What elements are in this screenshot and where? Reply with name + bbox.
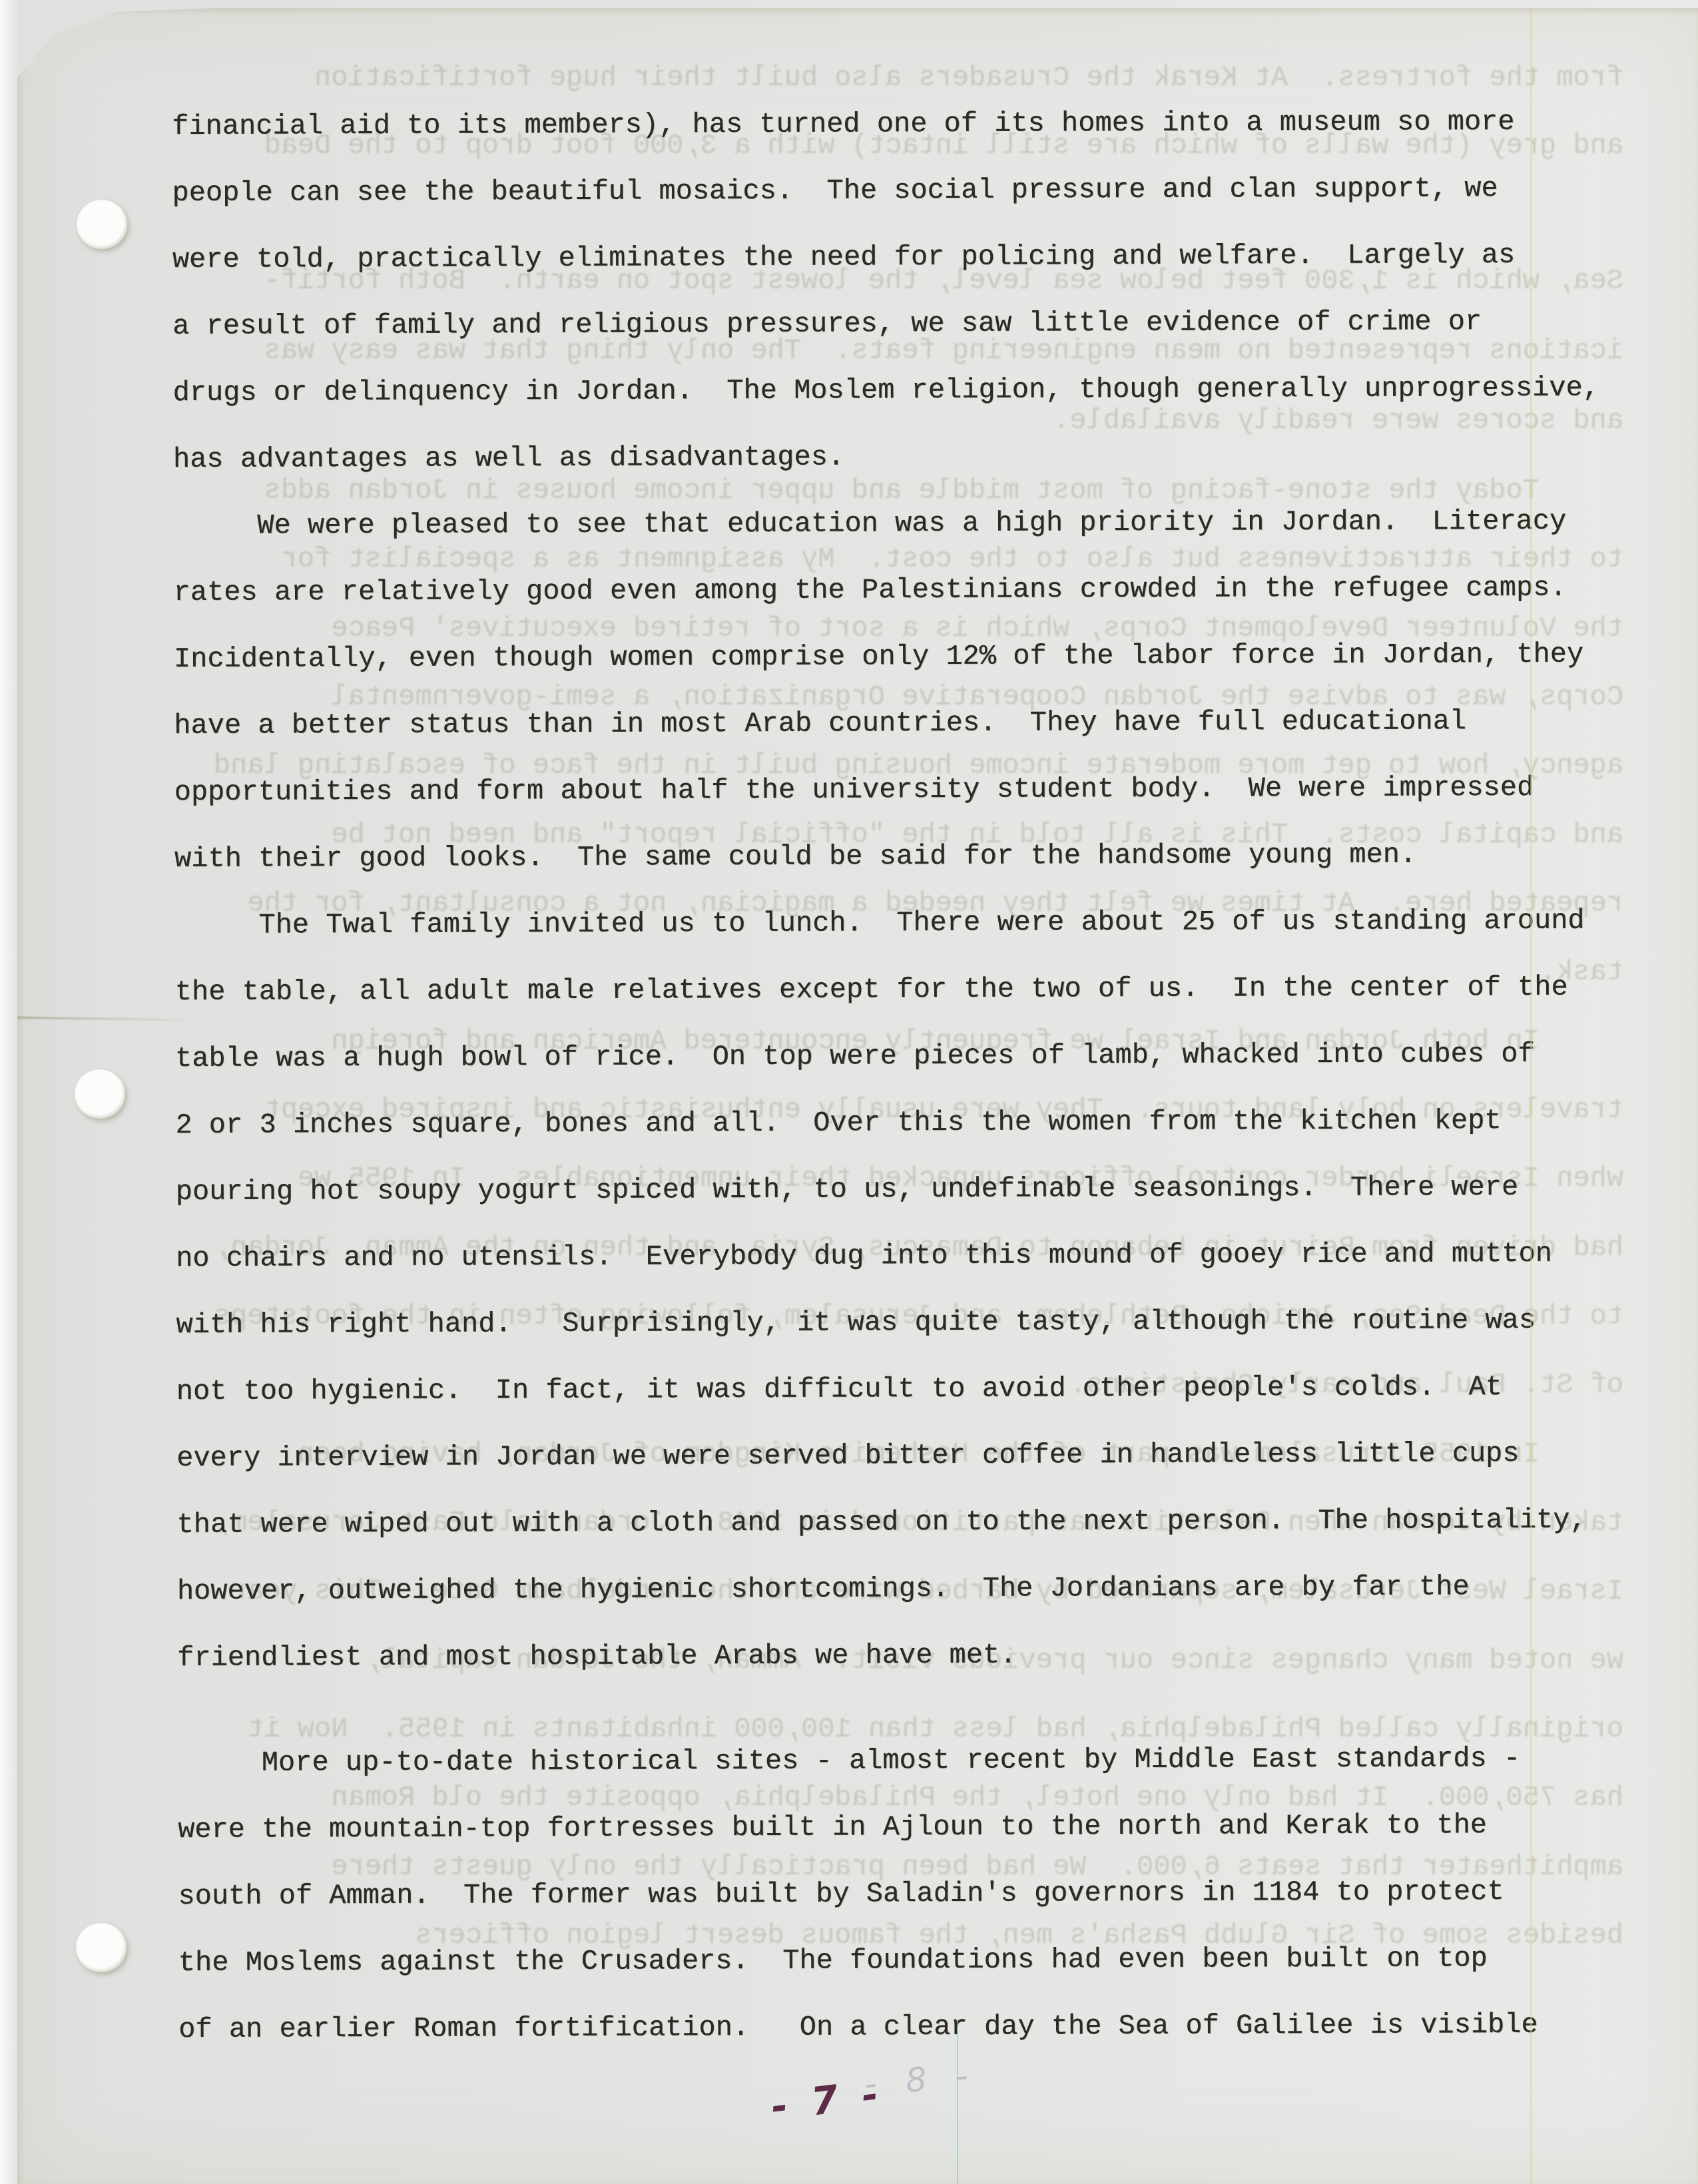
- typed-line: rates are relatively good even among the…: [173, 554, 1631, 626]
- typed-line: drugs or delinquency in Jordan. The Mosl…: [172, 354, 1631, 426]
- paper-sheet: from the fortress. At Kerak the Crusader…: [17, 8, 1698, 2184]
- typed-line: We were pleased to see that education wa…: [173, 487, 1631, 559]
- typed-line: friendliest and most hospitable Arabs we…: [177, 1619, 1635, 1691]
- punch-hole-top: [77, 200, 127, 249]
- typed-line: The Twal family invited us to lunch. The…: [174, 887, 1633, 959]
- paper-crease: [17, 1016, 187, 1021]
- typed-line: were told, practically eliminates the ne…: [172, 221, 1631, 293]
- typed-line: with his right hand. Surprisingly, it wa…: [176, 1286, 1634, 1358]
- typed-line: the Moslems against the Crusaders. The f…: [178, 1924, 1637, 1996]
- typed-line: More up-to-date historical sites - almos…: [178, 1725, 1636, 1796]
- typed-line: have a better status than in most Arab c…: [174, 687, 1632, 759]
- punch-hole-bottom: [76, 1923, 127, 1972]
- typed-line: not too hygienic. In fact, it was diffic…: [176, 1353, 1635, 1425]
- pencil-page-number: - 8 -: [863, 2055, 979, 2104]
- typed-line: people can see the beautiful mosaics. Th…: [172, 154, 1630, 226]
- typed-line: a result of family and religious pressur…: [172, 288, 1631, 360]
- typed-line: table was a hugh bowl of rice. On top we…: [175, 1020, 1633, 1092]
- typed-line: every interview in Jordan we were served…: [176, 1420, 1635, 1492]
- typed-line: the table, all adult male relatives exce…: [175, 954, 1633, 1025]
- vertical-scan-line: [957, 2019, 958, 2184]
- typed-line: south of Amman. The former was built by …: [178, 1858, 1636, 1930]
- typed-line: no chairs and no utensils. Everybody dug…: [176, 1220, 1634, 1292]
- vertical-fold-line: [1530, 8, 1532, 2184]
- typed-line: financial aid to its members), has turne…: [172, 88, 1630, 160]
- typed-line: Incidentally, even though women comprise…: [174, 621, 1632, 692]
- typed-line: however, outweighed the hygienic shortco…: [177, 1553, 1635, 1625]
- typed-line: of an earlier Roman fortification. On a …: [178, 1991, 1637, 2063]
- typed-line: opportunities and form about half the un…: [174, 754, 1632, 826]
- typed-text-block: financial aid to its members), has turne…: [172, 88, 1637, 2063]
- typed-line: 2 or 3 inches square, bones and all. Ove…: [175, 1087, 1633, 1159]
- typed-line: that were wiped out with a cloth and pas…: [176, 1486, 1635, 1558]
- punch-hole-middle: [75, 1069, 125, 1119]
- typed-line: has advantages as well as disadvantages.: [173, 421, 1631, 493]
- typed-line: were the mountain-top fortresses built i…: [178, 1791, 1636, 1863]
- typed-line: with their good looks. The same could be…: [174, 820, 1633, 892]
- typed-line: pouring hot soupy yogurt spiced with, to…: [176, 1153, 1634, 1225]
